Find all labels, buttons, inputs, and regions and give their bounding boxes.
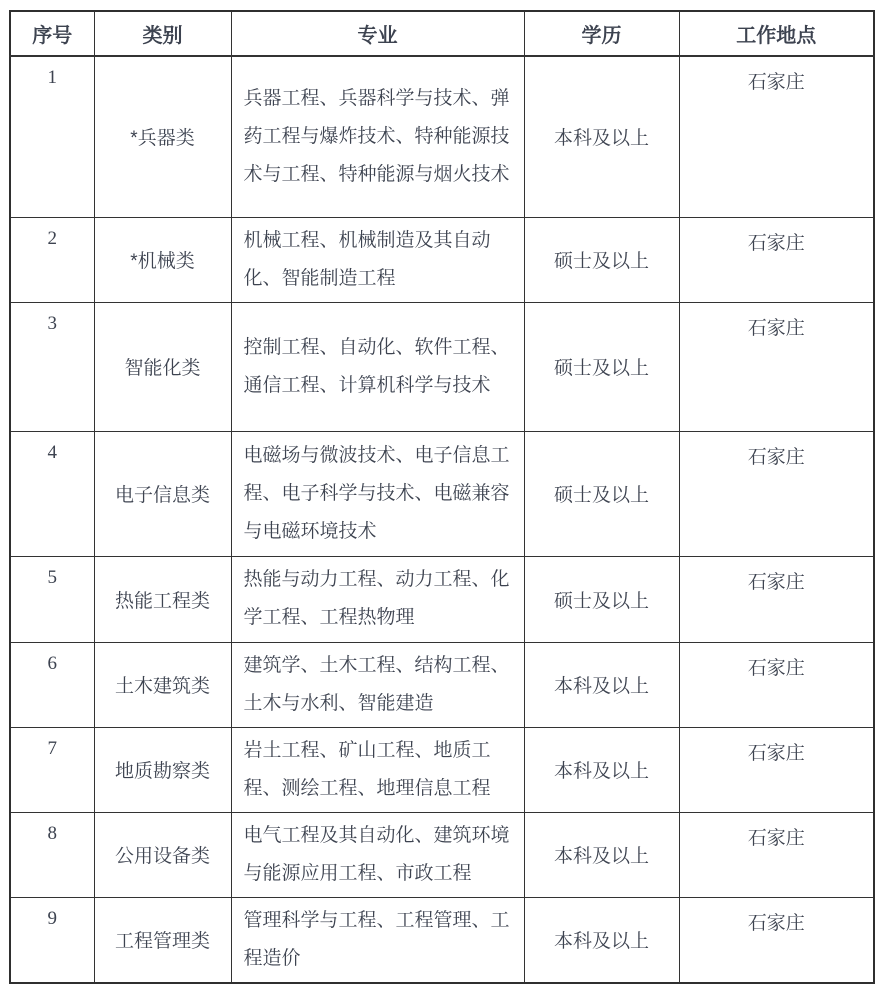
header-row: 序号 类别 专业 学历 工作地点 bbox=[10, 11, 874, 56]
cell-education: 硕士及以上 bbox=[524, 217, 679, 302]
cell-majors: 机械工程、机械制造及其自动化、智能制造工程 bbox=[231, 217, 524, 302]
cell-majors: 电磁场与微波技术、电子信息工程、电子科学与技术、电磁兼容与电磁环境技术 bbox=[231, 431, 524, 556]
recruitment-positions-table: 序号 类别 专业 学历 工作地点 1 *兵器类 兵器工程、兵器科学与技术、弹药工… bbox=[9, 10, 875, 984]
table-row: 5 热能工程类 热能与动力工程、动力工程、化学工程、工程热物理 硕士及以上 石家… bbox=[10, 556, 874, 642]
cell-location: 石家庄 bbox=[679, 642, 874, 727]
cell-education: 本科及以上 bbox=[524, 642, 679, 727]
cell-no: 3 bbox=[10, 302, 94, 431]
cell-category: 热能工程类 bbox=[94, 556, 231, 642]
cell-category: 地质勘察类 bbox=[94, 727, 231, 812]
cell-location: 石家庄 bbox=[679, 812, 874, 897]
cell-education: 本科及以上 bbox=[524, 897, 679, 983]
table-row: 9 工程管理类 管理科学与工程、工程管理、工程造价 本科及以上 石家庄 bbox=[10, 897, 874, 983]
cell-education: 硕士及以上 bbox=[524, 556, 679, 642]
cell-location: 石家庄 bbox=[679, 727, 874, 812]
cell-no: 9 bbox=[10, 897, 94, 983]
cell-category: 电子信息类 bbox=[94, 431, 231, 556]
cell-majors: 兵器工程、兵器科学与技术、弹药工程与爆炸技术、特种能源技术与工程、特种能源与烟火… bbox=[231, 56, 524, 217]
cell-category: *机械类 bbox=[94, 217, 231, 302]
cell-location: 石家庄 bbox=[679, 56, 874, 217]
cell-majors: 电气工程及其自动化、建筑环境与能源应用工程、市政工程 bbox=[231, 812, 524, 897]
cell-majors: 建筑学、土木工程、结构工程、土木与水利、智能建造 bbox=[231, 642, 524, 727]
cell-education: 硕士及以上 bbox=[524, 302, 679, 431]
header-cell-education: 学历 bbox=[524, 11, 679, 56]
cell-majors: 控制工程、自动化、软件工程、通信工程、计算机科学与技术 bbox=[231, 302, 524, 431]
cell-location: 石家庄 bbox=[679, 302, 874, 431]
header-cell-majors: 专业 bbox=[231, 11, 524, 56]
cell-no: 7 bbox=[10, 727, 94, 812]
cell-education: 本科及以上 bbox=[524, 812, 679, 897]
table-row: 6 土木建筑类 建筑学、土木工程、结构工程、土木与水利、智能建造 本科及以上 石… bbox=[10, 642, 874, 727]
cell-category: *兵器类 bbox=[94, 56, 231, 217]
cell-location: 石家庄 bbox=[679, 897, 874, 983]
cell-location: 石家庄 bbox=[679, 217, 874, 302]
cell-no: 6 bbox=[10, 642, 94, 727]
cell-no: 1 bbox=[10, 56, 94, 217]
cell-location: 石家庄 bbox=[679, 431, 874, 556]
header-cell-location: 工作地点 bbox=[679, 11, 874, 56]
table-row: 4 电子信息类 电磁场与微波技术、电子信息工程、电子科学与技术、电磁兼容与电磁环… bbox=[10, 431, 874, 556]
header-cell-no: 序号 bbox=[10, 11, 94, 56]
cell-category: 公用设备类 bbox=[94, 812, 231, 897]
cell-no: 5 bbox=[10, 556, 94, 642]
cell-majors: 岩土工程、矿山工程、地质工程、测绘工程、地理信息工程 bbox=[231, 727, 524, 812]
cell-education: 本科及以上 bbox=[524, 727, 679, 812]
table-row: 8 公用设备类 电气工程及其自动化、建筑环境与能源应用工程、市政工程 本科及以上… bbox=[10, 812, 874, 897]
table-row: 2 *机械类 机械工程、机械制造及其自动化、智能制造工程 硕士及以上 石家庄 bbox=[10, 217, 874, 302]
cell-no: 8 bbox=[10, 812, 94, 897]
cell-category: 土木建筑类 bbox=[94, 642, 231, 727]
table-row: 1 *兵器类 兵器工程、兵器科学与技术、弹药工程与爆炸技术、特种能源技术与工程、… bbox=[10, 56, 874, 217]
cell-location: 石家庄 bbox=[679, 556, 874, 642]
table-row: 7 地质勘察类 岩土工程、矿山工程、地质工程、测绘工程、地理信息工程 本科及以上… bbox=[10, 727, 874, 812]
cell-majors: 热能与动力工程、动力工程、化学工程、工程热物理 bbox=[231, 556, 524, 642]
cell-education: 硕士及以上 bbox=[524, 431, 679, 556]
cell-no: 2 bbox=[10, 217, 94, 302]
cell-education: 本科及以上 bbox=[524, 56, 679, 217]
cell-majors: 管理科学与工程、工程管理、工程造价 bbox=[231, 897, 524, 983]
cell-category: 工程管理类 bbox=[94, 897, 231, 983]
cell-no: 4 bbox=[10, 431, 94, 556]
cell-category: 智能化类 bbox=[94, 302, 231, 431]
table-row: 3 智能化类 控制工程、自动化、软件工程、通信工程、计算机科学与技术 硕士及以上… bbox=[10, 302, 874, 431]
header-cell-category: 类别 bbox=[94, 11, 231, 56]
